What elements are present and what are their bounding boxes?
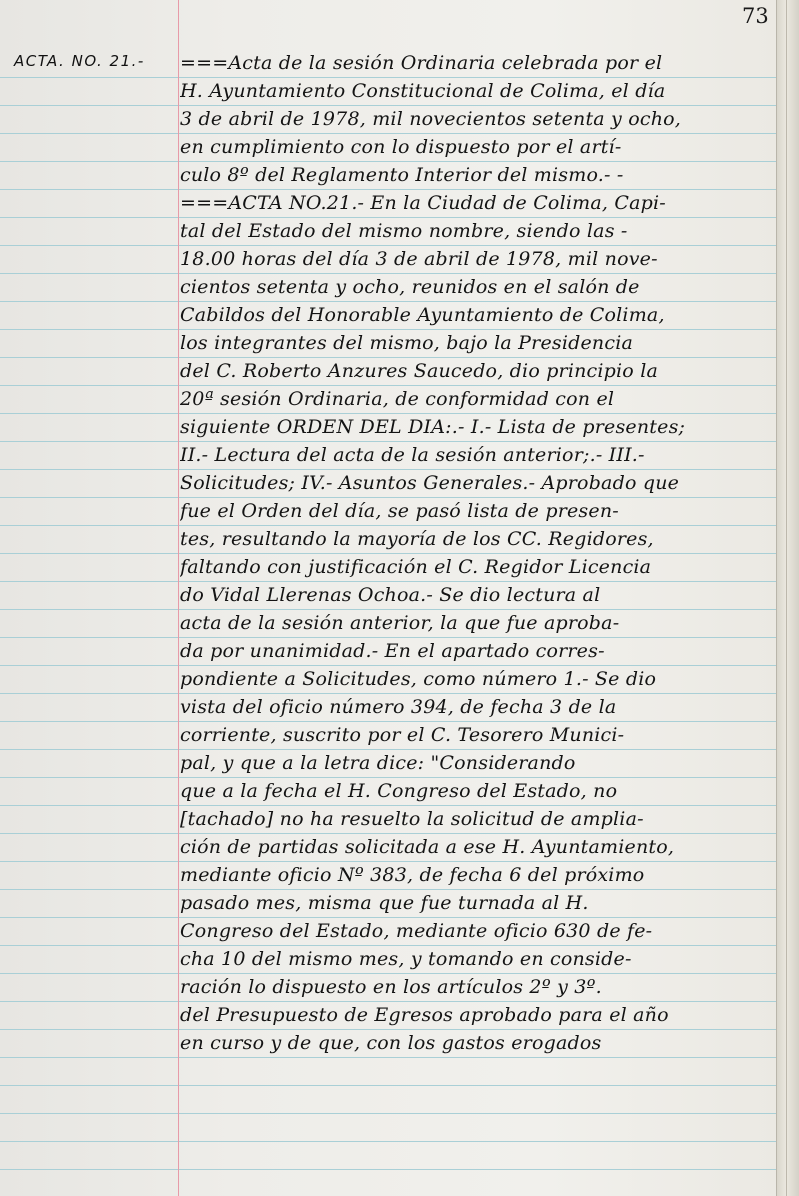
text-line: que a la fecha el H. Congreso del Estado… bbox=[180, 780, 770, 802]
ruled-line bbox=[0, 525, 776, 526]
ruled-line bbox=[0, 861, 776, 862]
text-line: mediante oficio Nº 383, de fecha 6 del p… bbox=[180, 864, 770, 886]
text-line: tes, resultando la mayoría de los CC. Re… bbox=[180, 528, 770, 550]
text-line: Cabildos del Honorable Ayuntamiento de C… bbox=[180, 304, 770, 326]
page-number: 73 bbox=[742, 4, 769, 28]
text-line: cha 10 del mismo mes, y tomando en consi… bbox=[180, 948, 770, 970]
notebook-page: 73 ACTA. NO. 21.- ===Acta de la sesión O… bbox=[0, 0, 776, 1196]
ruled-line bbox=[0, 777, 776, 778]
ruled-line bbox=[0, 693, 776, 694]
text-line: en curso y de que, con los gastos erogad… bbox=[180, 1032, 770, 1054]
ruled-line bbox=[0, 553, 776, 554]
text-line: do Vidal Llerenas Ochoa.- Se dio lectura… bbox=[180, 584, 770, 606]
ruled-line bbox=[0, 609, 776, 610]
text-line: ===Acta de la sesión Ordinaria celebrada… bbox=[180, 52, 770, 74]
ruled-line bbox=[0, 245, 776, 246]
text-line: 20ª sesión Ordinaria, de conformidad con… bbox=[180, 388, 770, 410]
ruled-line bbox=[0, 833, 776, 834]
text-line: los integrantes del mismo, bajo la Presi… bbox=[180, 332, 770, 354]
text-line: pal, y que a la letra dice: "Considerand… bbox=[180, 752, 770, 774]
ruled-line bbox=[0, 1029, 776, 1030]
text-line: fue el Orden del día, se pasó lista de p… bbox=[180, 500, 770, 522]
ruled-line bbox=[0, 189, 776, 190]
text-line: Solicitudes; IV.- Asuntos Generales.- Ap… bbox=[180, 472, 770, 494]
ruled-line bbox=[0, 889, 776, 890]
ruled-line bbox=[0, 469, 776, 470]
ruled-line bbox=[0, 161, 776, 162]
ruled-line bbox=[0, 385, 776, 386]
ruled-line bbox=[0, 637, 776, 638]
ruled-line bbox=[0, 1001, 776, 1002]
text-line: faltando con justificación el C. Regidor… bbox=[180, 556, 770, 578]
margin-line bbox=[178, 0, 179, 1196]
ruled-line bbox=[0, 805, 776, 806]
text-line: II.- Lectura del acta de la sesión anter… bbox=[180, 444, 770, 466]
text-line: H. Ayuntamiento Constitucional de Colima… bbox=[180, 80, 770, 102]
text-line: del Presupuesto de Egresos aprobado para… bbox=[180, 1004, 770, 1026]
text-line: acta de la sesión anterior, la que fue a… bbox=[180, 612, 770, 634]
text-line: Congreso del Estado, mediante oficio 630… bbox=[180, 920, 770, 942]
ruled-line bbox=[0, 917, 776, 918]
text-line: en cumplimiento con lo dispuesto por el … bbox=[180, 136, 770, 158]
ruled-line bbox=[0, 497, 776, 498]
ruled-line bbox=[0, 441, 776, 442]
ruled-line bbox=[0, 329, 776, 330]
ruled-line bbox=[0, 1169, 776, 1170]
text-line: siguiente ORDEN DEL DIA:.- I.- Lista de … bbox=[180, 416, 770, 438]
ruled-line bbox=[0, 217, 776, 218]
ruled-line bbox=[0, 105, 776, 106]
text-line: [tachado] no ha resuelto la solicitud de… bbox=[180, 808, 770, 830]
text-line: vista del oficio número 394, de fecha 3 … bbox=[180, 696, 770, 718]
text-line: pasado mes, misma que fue turnada al H. bbox=[180, 892, 770, 914]
ruled-line bbox=[0, 133, 776, 134]
ruled-line bbox=[0, 301, 776, 302]
ruled-line bbox=[0, 721, 776, 722]
text-line: pondiente a Solicitudes, como número 1.-… bbox=[180, 668, 770, 690]
ruled-line bbox=[0, 1057, 776, 1058]
text-line: 3 de abril de 1978, mil novecientos sete… bbox=[180, 108, 770, 130]
ruled-line bbox=[0, 1141, 776, 1142]
text-line: 18.00 horas del día 3 de abril de 1978, … bbox=[180, 248, 770, 270]
ruled-line bbox=[0, 581, 776, 582]
text-line: tal del Estado del mismo nombre, siendo … bbox=[180, 220, 770, 242]
text-line: corriente, suscrito por el C. Tesorero M… bbox=[180, 724, 770, 746]
margin-note-acta-number: ACTA. NO. 21.- bbox=[14, 52, 145, 70]
ruled-line bbox=[0, 413, 776, 414]
text-line: cientos setenta y ocho, reunidos en el s… bbox=[180, 276, 770, 298]
ruled-line bbox=[0, 1085, 776, 1086]
text-line: ción de partidas solicitada a ese H. Ayu… bbox=[180, 836, 770, 858]
ruled-line bbox=[0, 273, 776, 274]
text-line: del C. Roberto Anzures Saucedo, dio prin… bbox=[180, 360, 770, 382]
ruled-line bbox=[0, 945, 776, 946]
ruled-line bbox=[0, 665, 776, 666]
ruled-line bbox=[0, 77, 776, 78]
ruled-line bbox=[0, 1113, 776, 1114]
text-line: ===ACTA NO.21.- En la Ciudad de Colima, … bbox=[180, 192, 770, 214]
ruled-line bbox=[0, 749, 776, 750]
text-line: ración lo dispuesto en los artículos 2º … bbox=[180, 976, 770, 998]
stacked-page-edge bbox=[776, 0, 799, 1196]
ruled-line bbox=[0, 973, 776, 974]
ruled-line bbox=[0, 357, 776, 358]
text-line: culo 8º del Reglamento Interior del mism… bbox=[180, 164, 770, 186]
text-line: da por unanimidad.- En el apartado corre… bbox=[180, 640, 770, 662]
